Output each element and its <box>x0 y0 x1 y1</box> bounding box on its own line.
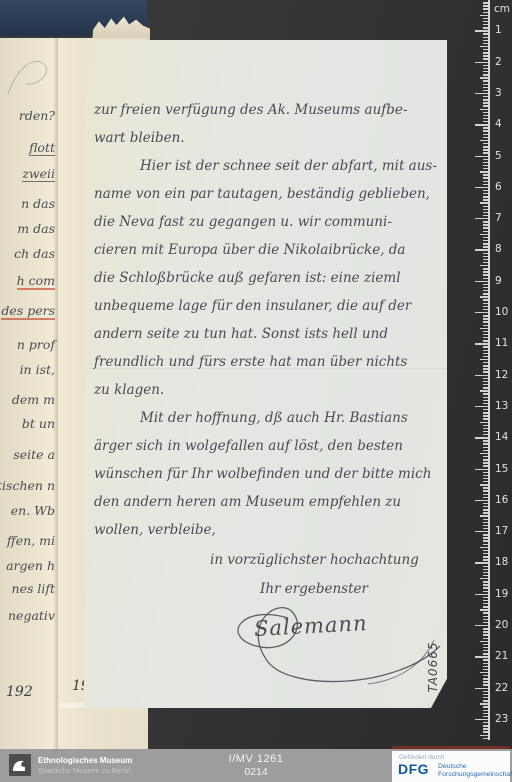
ruler-tick <box>483 581 488 582</box>
museum-logo-glyph <box>9 754 31 776</box>
ruler-tick <box>483 262 488 263</box>
ruler-tick <box>483 497 488 498</box>
ruler-tick <box>480 109 488 110</box>
ruler-tick <box>483 112 488 113</box>
dfg-box-top-edge <box>392 746 510 749</box>
ruler-tick <box>483 663 488 664</box>
ruler-tick <box>475 156 488 157</box>
ruler-tick <box>480 547 488 548</box>
ruler-tick <box>483 177 488 178</box>
ruler-tick <box>483 434 488 435</box>
ruler-tick <box>483 134 488 135</box>
ruler-tick <box>483 196 488 197</box>
ruler-tick <box>483 403 488 404</box>
ruler-tick <box>483 315 488 316</box>
institution-subtitle: Staatliche Museen zu Berlin <box>38 766 132 776</box>
ruler-tick <box>483 243 488 244</box>
ruler-tick <box>483 519 488 520</box>
ruler-number: 20 <box>495 620 511 631</box>
ruler-tick <box>475 30 488 31</box>
ruler-tick <box>483 206 488 207</box>
ruler-tick <box>483 616 488 617</box>
page-number-left: 192 <box>6 684 33 700</box>
ruler-tick <box>483 550 488 551</box>
ruler-tick <box>475 218 488 219</box>
ruler-tick <box>475 437 488 438</box>
letter-line: freundlich und fürs erste hat man über n… <box>94 348 437 376</box>
ruler-tick <box>483 728 488 729</box>
footer-bar: Ethnologisches Museum Staatliche Museen … <box>0 749 512 782</box>
ruler-tick <box>483 181 488 182</box>
ruler-tick <box>483 650 488 651</box>
handwriting-fragment: rden? <box>19 108 55 123</box>
ruler-tick <box>483 612 488 613</box>
ruler-number: 5 <box>495 151 511 162</box>
ruler-number: 1 <box>495 25 511 36</box>
ruler-tick <box>483 459 488 460</box>
dfg-full-name: Deutsche Forschungsgemeinschaft <box>438 763 512 779</box>
ruler-tick <box>483 472 488 473</box>
ruler-tick <box>483 697 488 698</box>
ruler-tick <box>483 184 488 185</box>
ruler-tick <box>483 569 488 570</box>
ruler-tick <box>483 365 488 366</box>
ruler-tick <box>483 215 488 216</box>
ruler-tick <box>483 12 488 13</box>
ruler-tick <box>475 562 488 563</box>
ruler-tick <box>483 306 488 307</box>
ruler-tick <box>483 509 488 510</box>
ruler-number: 9 <box>495 276 511 287</box>
ruler-number: 23 <box>495 714 511 725</box>
handwriting-fragment: zweii <box>22 166 55 182</box>
ruler-tick <box>483 334 488 335</box>
ruler-tick <box>483 691 488 692</box>
ruler-tick <box>483 321 488 322</box>
ruler-tick <box>483 681 488 682</box>
ruler-tick <box>483 400 488 401</box>
institution-block: Ethnologisches Museum Staatliche Museen … <box>38 756 132 776</box>
handwriting-fragment: des pers <box>1 303 55 320</box>
ruler-number: 22 <box>495 683 511 694</box>
ruler-tick <box>483 87 488 88</box>
ruler-number: 16 <box>495 495 511 506</box>
ruler-tick <box>483 58 488 59</box>
ruler-number: 17 <box>495 526 511 537</box>
ruler-tick <box>483 362 488 363</box>
ruler-tick <box>483 559 488 560</box>
ruler-tick <box>483 528 488 529</box>
ruler-tick <box>483 584 488 585</box>
ruler-tick <box>475 124 488 125</box>
ruler-tick <box>483 80 488 81</box>
ruler-tick <box>475 312 488 313</box>
dfg-logo: DFG <box>398 761 429 777</box>
ruler-tick <box>483 675 488 676</box>
letter-line: wünschen für Ihr wolbefinden und der bit… <box>94 460 437 488</box>
ruler-tick <box>483 387 488 388</box>
ruler-number: 3 <box>495 88 511 99</box>
funding-note: Gefördert durch <box>399 754 445 761</box>
ruler-tick <box>483 603 488 604</box>
ruler-tick <box>483 494 488 495</box>
ruler-tick <box>483 431 488 432</box>
ruler-tick <box>483 566 488 567</box>
handwriting-fragment: bt un <box>22 416 55 431</box>
ruler-tick <box>475 249 488 250</box>
ruler-number: 8 <box>495 244 511 255</box>
ruler-tick <box>483 631 488 632</box>
ruler-tick <box>480 171 488 172</box>
ruler-tick <box>483 722 488 723</box>
letter-line: die Schloßbrücke auß gefaren ist: eine z… <box>94 264 437 292</box>
ruler-tick <box>483 384 488 385</box>
ruler-tick <box>483 287 488 288</box>
ruler-tick <box>480 672 488 673</box>
ruler-tick <box>483 99 488 100</box>
letter-line: wart bleiben. <box>94 124 437 152</box>
ruler-tick <box>483 190 488 191</box>
ruler-tick <box>483 290 488 291</box>
ruler-number: 21 <box>495 651 511 662</box>
ruler-tick <box>483 356 488 357</box>
letter-line: den andern heren am Museum empfehlen zu <box>94 488 437 516</box>
ruler-tick <box>483 478 488 479</box>
letter-line: Hier ist der schnee seit der abfart, mit… <box>94 152 437 180</box>
ruler-tick <box>483 397 488 398</box>
ruler-tick <box>483 487 488 488</box>
ruler-tick <box>483 318 488 319</box>
ruler-tick <box>483 246 488 247</box>
ruler-tick <box>475 187 488 188</box>
letter-line: zu klagen. <box>94 376 437 404</box>
ruler-tick <box>483 299 488 300</box>
handwriting-fragment: n prof <box>17 337 55 352</box>
ruler-tick <box>483 224 488 225</box>
ruler-tick <box>475 93 488 94</box>
ruler-tick <box>483 684 488 685</box>
ruler-tick <box>483 428 488 429</box>
ruler-tick <box>483 694 488 695</box>
ruler-tick <box>483 512 488 513</box>
ruler-tick <box>475 500 488 501</box>
ruler-tick <box>483 231 488 232</box>
ruler-tick <box>483 168 488 169</box>
ruler-tick <box>483 221 488 222</box>
ruler-tick <box>483 572 488 573</box>
ruler-tick <box>483 96 488 97</box>
ruler-tick <box>483 40 488 41</box>
ruler-number: 15 <box>495 464 511 475</box>
ruler-tick <box>483 293 488 294</box>
ruler-tick <box>483 600 488 601</box>
letter-body: zur freien verfügung des Ak. Museums auf… <box>94 96 437 544</box>
ruler-number: 6 <box>495 182 511 193</box>
letter-line: ärger sich in wolgefallen auf löst, den … <box>94 432 437 460</box>
ruler-tick <box>483 346 488 347</box>
handwriting-fragment: m das <box>17 221 55 236</box>
ruler-tick <box>483 121 488 122</box>
ruler-tick <box>483 447 488 448</box>
ruler-tick <box>483 738 488 739</box>
handwriting-fragment: nes lift <box>12 581 55 596</box>
ruler-tick <box>483 237 488 238</box>
ruler-tick <box>483 55 488 56</box>
ruler-tick <box>480 641 488 642</box>
ruler-tick <box>483 481 488 482</box>
ruler-tick <box>483 199 488 200</box>
archive-number-rotated: TA0665 <box>426 634 440 700</box>
letter-line: unbequeme lage für den insulaner, die au… <box>94 292 437 320</box>
ruler-tick <box>483 622 488 623</box>
ruler-tick <box>483 634 488 635</box>
letter-line: zur freien verfügung des Ak. Museums auf… <box>94 96 437 124</box>
ruler-tick <box>483 619 488 620</box>
letter-line: wollen, verbleibe, <box>94 516 437 544</box>
ruler-tick <box>483 725 488 726</box>
ruler-tick <box>483 659 488 660</box>
ruler-number: 18 <box>495 557 511 568</box>
handwriting-fragment: h com <box>17 273 55 290</box>
ruler-tick <box>483 90 488 91</box>
ruler-tick <box>483 591 488 592</box>
ruler-tick <box>483 49 488 50</box>
ruler-tick <box>483 68 488 69</box>
ruler-tick <box>483 212 488 213</box>
ruler-tick <box>480 390 488 391</box>
handwriting-fragment: tischen n <box>0 478 55 493</box>
ruler-tick <box>483 378 488 379</box>
ruler-tick <box>480 234 488 235</box>
ruler-tick <box>483 84 488 85</box>
ruler-tick <box>483 678 488 679</box>
ruler: cm 1234567891011121314151617181920212223 <box>470 0 512 744</box>
handwriting-fragment: n das <box>21 196 55 211</box>
ruler-tick <box>483 137 488 138</box>
ruler-tick <box>483 309 488 310</box>
ruler-tick <box>483 146 488 147</box>
ruler-number: 7 <box>495 213 511 224</box>
ruler-tick <box>483 556 488 557</box>
ruler-tick <box>483 450 488 451</box>
ruler-tick <box>483 638 488 639</box>
ruler-tick <box>483 65 488 66</box>
ruler-tick <box>483 18 488 19</box>
ruler-tick <box>483 597 488 598</box>
ruler-tick <box>480 15 488 16</box>
ruler-tick <box>483 710 488 711</box>
ruler-tick <box>483 21 488 22</box>
inventory-number: I/MV 1261 <box>156 753 356 766</box>
ruler-tick <box>483 503 488 504</box>
ruler-tick <box>483 102 488 103</box>
ruler-tick <box>475 281 488 282</box>
handwriting-fragment: negativ <box>8 608 55 623</box>
ruler-tick <box>483 52 488 53</box>
ruler-tick <box>483 152 488 153</box>
dfg-funding-box: Gefördert durch DFG Deutsche Forschungsg… <box>392 751 510 782</box>
ruler-tick <box>483 350 488 351</box>
ruler-tick <box>483 644 488 645</box>
ruler-tick <box>480 609 488 610</box>
ruler-tick <box>483 371 488 372</box>
handwriting-fragment: en. Wb <box>11 503 55 518</box>
scan-page-number: 0214 <box>156 766 356 779</box>
ruler-tick <box>483 462 488 463</box>
ruler-tick <box>483 537 488 538</box>
ruler-tick <box>483 456 488 457</box>
ruler-tick <box>475 343 488 344</box>
ruler-tick <box>483 303 488 304</box>
ruler-tick <box>483 37 488 38</box>
ruler-tick <box>483 162 488 163</box>
letter-line: andern seite zu tun hat. Sonst ists hell… <box>94 320 437 348</box>
ruler-tick <box>483 2 488 3</box>
ruler-tick <box>480 202 488 203</box>
ruler-tick <box>483 271 488 272</box>
ruler-tick <box>483 653 488 654</box>
ruler-tick <box>483 606 488 607</box>
ruler-number: 19 <box>495 589 511 600</box>
ruler-tick <box>483 337 488 338</box>
institution-name: Ethnologisches Museum <box>38 756 132 766</box>
ruler-tick <box>483 415 488 416</box>
handwriting-fragment: in ist, <box>20 362 55 377</box>
ruler-number: 10 <box>495 307 511 318</box>
ruler-tick <box>480 46 488 47</box>
ruler-tick <box>483 465 488 466</box>
ruler-tick <box>480 359 488 360</box>
ruler-tick <box>483 24 488 25</box>
letter-line: Mit der hoffnung, dß auch Hr. Bastians <box>94 404 437 432</box>
ruler-tick <box>483 700 488 701</box>
ruler-tick <box>483 209 488 210</box>
ruler-tick <box>483 425 488 426</box>
ruler-tick <box>475 656 488 657</box>
ruler-tick <box>483 143 488 144</box>
ruler-tick <box>480 328 488 329</box>
ruler-number: 2 <box>495 57 511 68</box>
ruler-tick <box>483 278 488 279</box>
ruler-tick <box>483 575 488 576</box>
ruler-tick <box>483 731 488 732</box>
ruler-number: 13 <box>495 401 511 412</box>
ruler-tick <box>475 594 488 595</box>
ruler-tick <box>483 274 488 275</box>
ruler-tick <box>483 130 488 131</box>
museum-logo <box>9 754 31 776</box>
ruler-tick <box>475 469 488 470</box>
ruler-tick <box>483 666 488 667</box>
ruler-tick <box>483 325 488 326</box>
ruler-tick <box>475 62 488 63</box>
ruler-tick <box>480 77 488 78</box>
ruler-tick <box>480 296 488 297</box>
ruler-tick <box>483 443 488 444</box>
ruler-tick <box>483 105 488 106</box>
handwriting-fragment: dem m <box>12 392 55 407</box>
ruler-tick <box>480 422 488 423</box>
ruler-tick <box>483 268 488 269</box>
ruler-tick <box>480 453 488 454</box>
ruler-number: 4 <box>495 119 511 130</box>
ruler-tick <box>483 43 488 44</box>
ruler-tick <box>483 253 488 254</box>
ruler-tick <box>483 522 488 523</box>
ruler-tick <box>483 647 488 648</box>
ruler-tick <box>483 284 488 285</box>
ruler-tick <box>483 33 488 34</box>
ruler-tick <box>483 331 488 332</box>
ruler-tick <box>483 127 488 128</box>
ruler-tick <box>483 418 488 419</box>
ruler-tick <box>483 393 488 394</box>
ruler-tick <box>483 490 488 491</box>
ruler-number: 14 <box>495 432 511 443</box>
handwriting-fragment: ffen, mi <box>7 533 55 548</box>
ruler-tick <box>483 409 488 410</box>
archival-scan: 192 rden?flottzweiin dasm dasch dash com… <box>0 0 512 782</box>
ruler-tick <box>480 265 488 266</box>
ruler-tick <box>480 140 488 141</box>
ruler-tick <box>483 525 488 526</box>
ruler-tick <box>483 74 488 75</box>
ruler-tick <box>483 534 488 535</box>
ruler-tick <box>483 240 488 241</box>
ruler-tick <box>480 515 488 516</box>
ruler-tick <box>483 71 488 72</box>
ruler-tick <box>483 368 488 369</box>
ruler-tick <box>475 531 488 532</box>
handwriting-fragment: seite a <box>13 447 55 462</box>
ruler-edge <box>488 0 490 740</box>
ruler-tick <box>483 440 488 441</box>
ruler-tick <box>483 227 488 228</box>
ruler-tick <box>475 688 488 689</box>
ruler-tick <box>483 506 488 507</box>
ruler-tick <box>475 719 488 720</box>
pencil-scribble <box>0 46 60 106</box>
signature-flourish <box>172 588 462 703</box>
ruler-number: 12 <box>495 370 511 381</box>
ruler-tick <box>480 578 488 579</box>
ruler-tick <box>483 713 488 714</box>
ruler-tick <box>475 625 488 626</box>
ruler-tick <box>483 381 488 382</box>
ruler-tick <box>483 412 488 413</box>
ruler-tick <box>483 540 488 541</box>
ruler-tick <box>483 174 488 175</box>
handwriting-fragment: flott <box>29 140 55 156</box>
ruler-tick <box>483 165 488 166</box>
document-id-block: I/MV 1261 0214 <box>156 753 356 779</box>
letter-closing-line: in vorzüglichster hochachtung <box>210 552 419 568</box>
ruler-tick <box>483 553 488 554</box>
dfg-name-line1: Deutsche <box>438 763 512 771</box>
ruler-tick <box>480 703 488 704</box>
ruler-tick <box>483 149 488 150</box>
ruler-tick <box>483 716 488 717</box>
ruler-tick <box>483 27 488 28</box>
letter-line: name von ein par tautagen, beständig geb… <box>94 180 437 208</box>
ruler-number: 11 <box>495 338 511 349</box>
ruler-unit-label: cm <box>494 3 510 15</box>
letter-sheet: zur freien verfügung des Ak. Museums auf… <box>84 40 447 708</box>
ruler-tick <box>483 475 488 476</box>
ruler-tick <box>483 256 488 257</box>
ruler-tick <box>483 159 488 160</box>
ruler-tick <box>480 735 488 736</box>
